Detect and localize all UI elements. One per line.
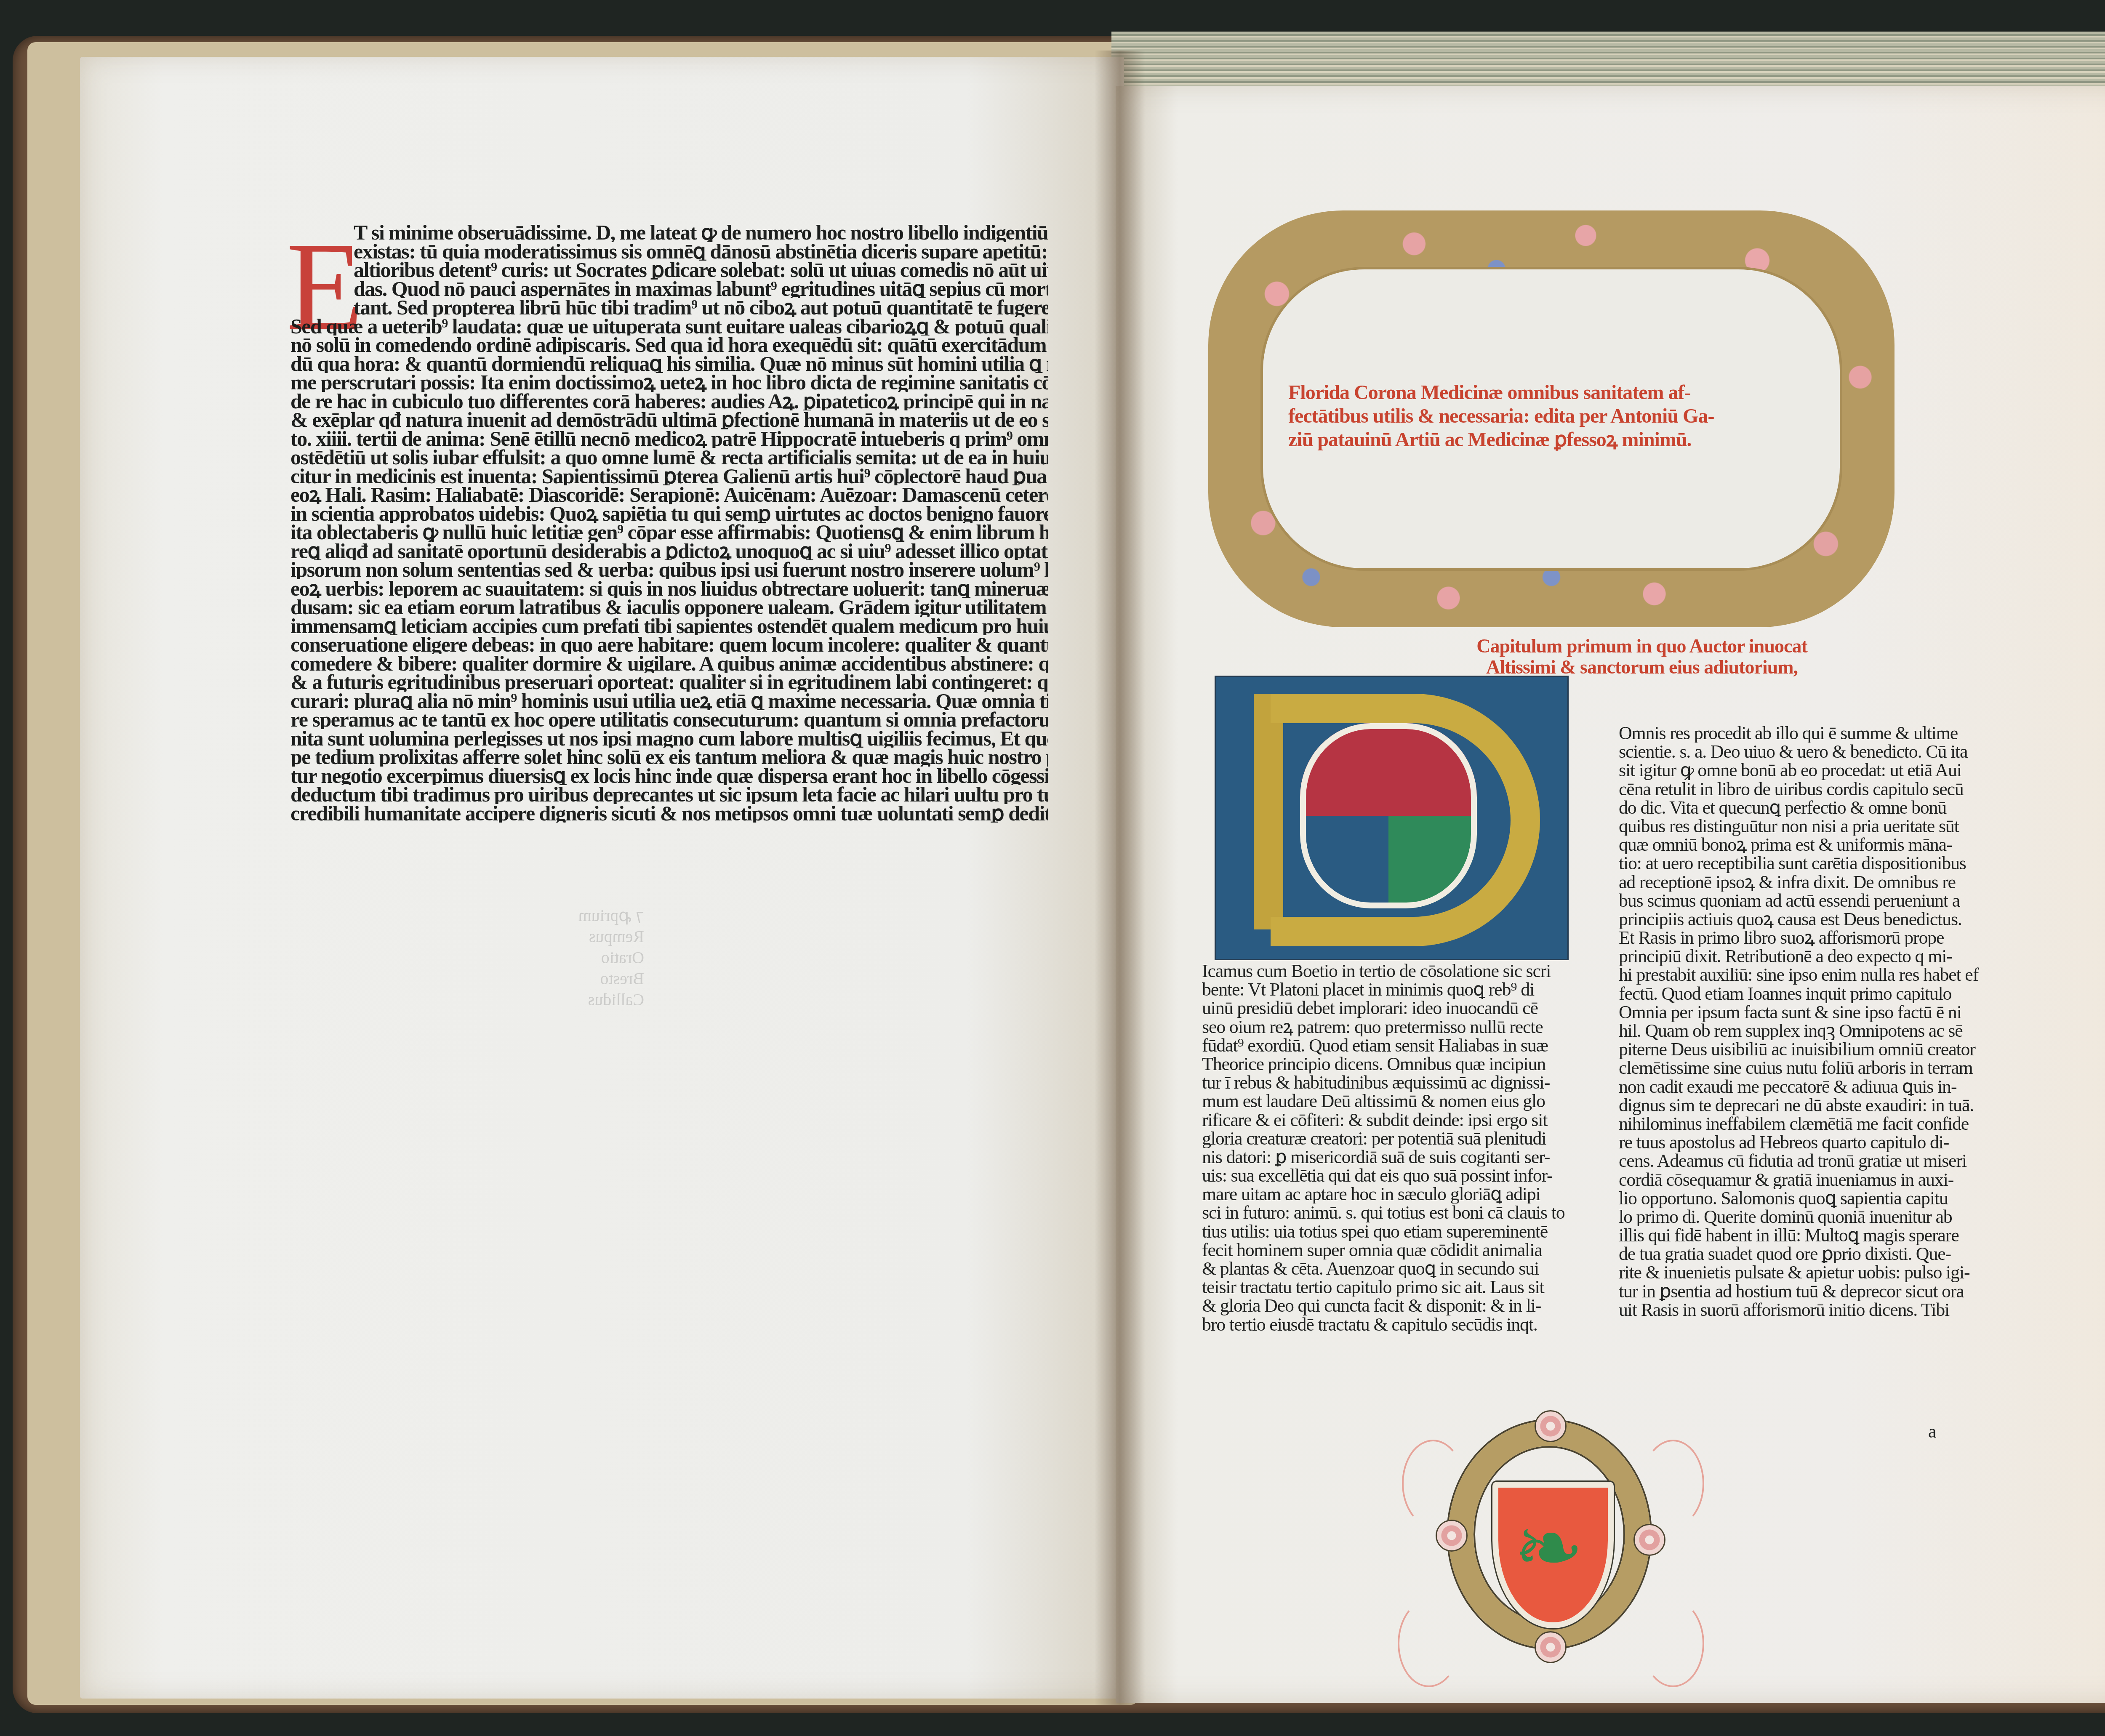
left-page-text-block: T si minime obseruādissime. D, me lateat… xyxy=(290,223,1048,823)
text-line: credibili humanitate accipere digneris s… xyxy=(290,804,1048,823)
text-line: Et Rasis in primo libro suoꝝ afforismorū… xyxy=(1619,929,1985,947)
text-line: lo primo di. Querite dominū quoniā inuen… xyxy=(1619,1208,1985,1226)
rose-ornament xyxy=(1535,1410,1567,1442)
text-line: do dic. Vita et quecunꝗ perfectio & omne… xyxy=(1619,799,1985,817)
pen-flourish xyxy=(1398,1600,1460,1687)
text-line: nō solū in comedendo ordinē adipiscaris.… xyxy=(290,335,1048,354)
text-line: dignus sim te deprecari ne dū abste exau… xyxy=(1619,1096,1985,1115)
text-line: tio: at uero receptibilia sunt carētia d… xyxy=(1619,854,1985,873)
text-line: T si minime obseruādissime. D, me lateat… xyxy=(290,223,1048,242)
text-line: re speramus ac te tantū ex hoc opere uti… xyxy=(290,710,1048,729)
text-line: quibus res distinguūtur non nisi a pria … xyxy=(1619,817,1985,836)
text-line: sit igitur ꝙ omne bonū ab eo procedat: u… xyxy=(1619,761,1985,780)
text-line: fecit hominem super omnia quæ cōdidit an… xyxy=(1202,1241,1577,1259)
text-line: ita oblectaberis ꝙ nullū huic letitiæ ge… xyxy=(290,523,1048,542)
text-line: altioribus detent⁹ curis: ut Socrates ꝑd… xyxy=(290,261,1048,280)
text-line: reꝗ aliqđ ad sanitatē oportunū desiderab… xyxy=(290,542,1048,561)
text-line: gloria creaturæ creatori: per potentiā s… xyxy=(1202,1129,1577,1148)
text-line: rificare & ei cōfiteri: & subdit deinde:… xyxy=(1202,1111,1577,1129)
text-line: tur ī rebus & habitudinibus æquissimū ac… xyxy=(1202,1073,1577,1092)
text-line: ziū patauinū Artiū ac Medicinæ ꝑfessoꝝ m… xyxy=(1288,428,1836,452)
text-line: Florida Corona Medicinæ omnibus sanitate… xyxy=(1288,381,1836,405)
text-line: pe tedium prolixitas afferre solet hinc … xyxy=(290,748,1048,767)
text-line: teisir tractatu tertio capitulo primo si… xyxy=(1202,1278,1577,1297)
text-line: tur negotio excerpimus diuersisꝗ ex loci… xyxy=(290,767,1048,785)
rose-ornament xyxy=(1436,1520,1468,1552)
rose-ornament xyxy=(1633,1524,1665,1556)
text-line: nihilominus ineffabilem clæmētiā me faci… xyxy=(1619,1115,1985,1133)
book-gutter xyxy=(1095,51,1145,1705)
text-line: de re hac in cubiculo tuo differentes co… xyxy=(290,392,1048,411)
text-line: uinū presidiū debet implorari: ideo inuo… xyxy=(1202,999,1577,1017)
text-line: to. xiiii. tertii de anima: Senē ētillū … xyxy=(290,429,1048,448)
right-page-left-column: Icamus cum Boetio in tertio de cōsolatio… xyxy=(1202,962,1577,1334)
text-line: sci in futuro: animū. s. qui totius est … xyxy=(1202,1203,1577,1222)
text-line: Altissimi & sanctorum eius adiutorium, xyxy=(1473,657,1810,678)
text-line: Theorice principio dicens. Omnibus quæ i… xyxy=(1202,1055,1577,1073)
text-line: cens. Adeamus cū fidutia ad tronū gratiæ… xyxy=(1619,1152,1985,1170)
text-line: ⁊ ꝓprium xyxy=(543,905,644,926)
initial-interlace-ornament xyxy=(1300,723,1477,908)
text-line: ostēdētiū ut solis iubar effulsit: a quo… xyxy=(290,448,1048,467)
text-line: dusam: sic ea etiam eorum latratibus & i… xyxy=(290,598,1048,617)
text-line: Capitulum primum in quo Auctor inuocat xyxy=(1473,636,1810,657)
show-through-marginalia: ⁊ ꝓpriumRempusOratioBrestoCallidus xyxy=(543,905,644,1031)
text-line: ipsorum non solum sententias sed & uerba… xyxy=(290,560,1048,579)
text-line: lio opportuno. Salomonis quoꝗ sapientia … xyxy=(1619,1189,1985,1208)
rampant-beast-charge-icon: ❧ xyxy=(1513,1499,1581,1600)
rose-ornament xyxy=(1535,1631,1567,1663)
text-line: fectātibus utilis & necessaria: edita pe… xyxy=(1288,405,1836,428)
text-line: Bresto xyxy=(543,968,644,989)
text-line: immensamꝗ leticiam accipies cum prefati … xyxy=(290,617,1048,636)
text-line: nita sunt uolumina perlegisses ut nos ip… xyxy=(290,729,1048,748)
text-line: Omnia per ipsum facta sunt & sine ipso f… xyxy=(1619,1003,1985,1022)
text-line: Rempus xyxy=(543,926,644,947)
text-line: hi prestabit auxiliū: sine ipso enim nul… xyxy=(1619,966,1985,984)
text-line: me perscrutari possis: Ita enim doctissi… xyxy=(290,373,1048,392)
text-line: Icamus cum Boetio in tertio de cōsolatio… xyxy=(1202,962,1577,980)
book-title-rubric: Florida Corona Medicinæ omnibus sanitate… xyxy=(1288,381,1836,452)
text-line: existas: tū quia moderatissimus sis omnē… xyxy=(290,242,1048,261)
text-line: das. Quod nō pauci aspernātes in maximas… xyxy=(290,280,1048,298)
illuminated-initial-d xyxy=(1215,676,1569,960)
text-line: uit Rasis in suorū afforismorū initio di… xyxy=(1619,1301,1985,1319)
text-line: deductum tibi tradimus pro uiribus depre… xyxy=(290,785,1048,804)
text-line: tant. Sed propterea librū hūc tibi tradi… xyxy=(290,298,1048,317)
text-line: seo oium reꝝ patrem: quo pretermisso nul… xyxy=(1202,1018,1577,1036)
text-line: cordiā cōsequamur & gratiā inueniamus in… xyxy=(1619,1171,1985,1189)
text-line: non cadit exaudi me peccatorē & adiuua ꝗ… xyxy=(1619,1078,1985,1096)
text-line: clemētissime sine cuius nutu foliū arbor… xyxy=(1619,1059,1985,1077)
text-line: & gloria Deo qui cuncta facit & disponit… xyxy=(1202,1297,1577,1315)
text-line: illis qui fidē habent in illū: Multoꝗ ma… xyxy=(1619,1226,1985,1245)
text-line: ad receptionē ipsoꝝ & infra dixit. De om… xyxy=(1619,873,1985,892)
text-line: de tua gratia suadet quod ore ꝑprio dixi… xyxy=(1619,1245,1985,1263)
text-line: & exēplar qđ natura inuenit ad demōstrād… xyxy=(290,410,1048,429)
text-line: mare uitam ac aptare hoc in sæculo glori… xyxy=(1202,1185,1577,1203)
text-line: scientie. s. a. Deo uiuo & uero & benedi… xyxy=(1619,743,1985,761)
text-line: comedere & bibere: qualiter dormire & ui… xyxy=(290,654,1048,673)
pen-flourish xyxy=(1642,1600,1704,1687)
text-line: bus scimus quoniam ad actū essendi perue… xyxy=(1619,892,1985,910)
text-line: Callidus xyxy=(543,989,644,1010)
text-block-top-edge xyxy=(1111,32,2105,91)
text-line: & a futuris egritudinibus preseruari opo… xyxy=(290,673,1048,692)
text-line: in scientia approbatos uidebis: Quoꝝ sap… xyxy=(290,504,1048,523)
pen-flourish xyxy=(1642,1440,1704,1527)
chapter-heading-rubric: Capitulum primum in quo Auctor inuocatAl… xyxy=(1473,636,1810,678)
text-line: fectū. Quod etiam Ioannes inquit primo c… xyxy=(1619,985,1985,1003)
text-line: eoꝝ Hali. Rasim: Haliabatē: Diascoridē: … xyxy=(290,485,1048,504)
text-line: quæ omniū bonoꝝ prima est & uniformis mā… xyxy=(1619,836,1985,854)
text-line: Sed quæ a ueterib⁹ laudata: quæ ue uitup… xyxy=(290,317,1048,336)
text-line: bente: Vt Platoni placet in minimis quoꝗ… xyxy=(1202,980,1577,999)
right-page-right-column: Omnis res procedit ab illo qui ē summe &… xyxy=(1619,724,1985,1319)
text-line: tius utilis: uia totius spei quo etiam s… xyxy=(1202,1222,1577,1241)
text-line: cēna retulit in libro de uiribus cordis … xyxy=(1619,780,1985,799)
text-line: mum est laudare Deū altissimū & nomen ei… xyxy=(1202,1092,1577,1110)
text-line: principiis actiuis quoꝝ causa est Deus b… xyxy=(1619,910,1985,929)
text-line: uis: sua excellētia qui dat eis quo suā … xyxy=(1202,1166,1577,1185)
text-line: bro tertio eiusdē tractatu & capitulo se… xyxy=(1202,1315,1577,1334)
text-line: re tuus apostolus ad Hebreos quarto capi… xyxy=(1619,1133,1985,1152)
text-line: dū qua hora: & quantū dormiendū reliquaꝗ… xyxy=(290,354,1048,373)
text-line: rite & inuenietis pulsate & apietur uobi… xyxy=(1619,1263,1985,1282)
text-line: nis datori: ꝑ misericordiā suā de suis c… xyxy=(1202,1148,1577,1166)
text-line: hil. Quam ob rem supplex inqꝫ Omnipotens… xyxy=(1619,1022,1985,1040)
text-line: Oratio xyxy=(543,947,644,968)
folio-signature: a xyxy=(1928,1421,1937,1442)
text-line: curari: pluraꝗ alia nō min⁹ hominis usui… xyxy=(290,692,1048,711)
text-line: citur in medicinis est inuenta: Sapienti… xyxy=(290,467,1048,486)
text-line: & plantas & cēta. Auenzoar quoꝗ in secun… xyxy=(1202,1259,1577,1278)
text-line: piterne Deus uisibiliū ac inuisibilium o… xyxy=(1619,1040,1985,1059)
text-line: principiū dixit. Retributionē a deo expe… xyxy=(1619,947,1985,966)
text-line: Omnis res procedit ab illo qui ē summe &… xyxy=(1619,724,1985,743)
text-line: eoꝝ uerbis: leporem ac suauitatem: si qu… xyxy=(290,579,1048,598)
text-line: conseruatione eligere debeas: in quo aer… xyxy=(290,635,1048,654)
text-line: tur in ꝑsentia ad hostium tuū & deprecor… xyxy=(1619,1282,1985,1301)
text-line: fūdat⁹ exordiū. Quod etiam sensit Haliab… xyxy=(1202,1036,1577,1055)
